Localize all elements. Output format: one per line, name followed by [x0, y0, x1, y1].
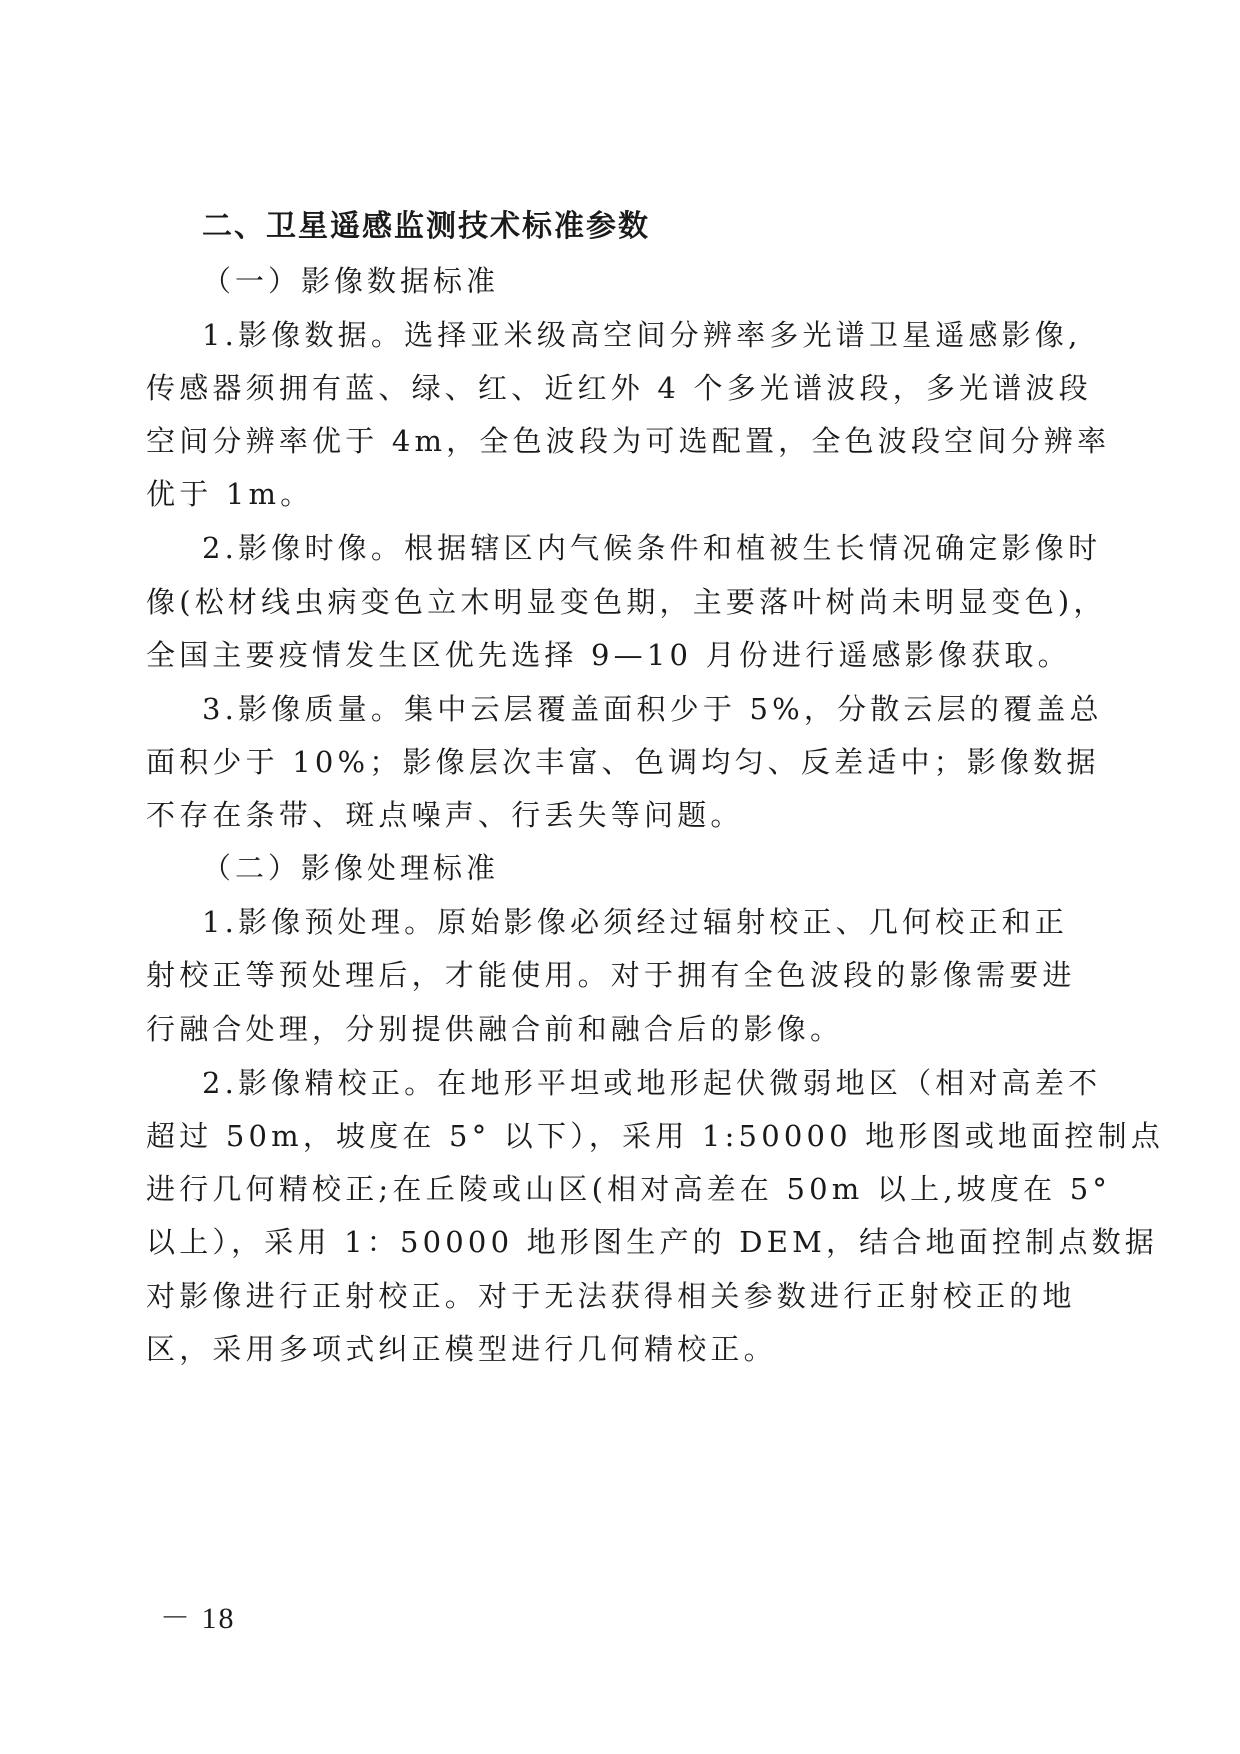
text-line: 射校正等预处理后，才能使用。对于拥有全色波段的影像需要进: [146, 955, 1076, 995]
text-line: 以上），采用 1：50000 地形图生产的 DEM，结合地面控制点数据: [146, 1222, 1158, 1262]
text-line: 超过 50m，坡度在 5° 以下），采用 1:50000 地形图或地面控制点: [146, 1116, 1164, 1156]
text-line: 不存在条带、斑点噪声、行丢失等问题。: [146, 795, 744, 835]
text-line: 优于 1m。: [146, 474, 313, 514]
text-line: 2.影像精校正。在地形平坦或地形起伏微弱地区（相对高差不: [202, 1063, 1101, 1103]
section-title: 二、卫星遥感监测技术标准参数: [202, 207, 650, 247]
text-line: 3.影像质量。集中云层覆盖面积少于 5%，分散云层的覆盖总: [202, 689, 1103, 729]
document-page: 二、卫星遥感监测技术标准参数 （一）影像数据标准 1.影像数据。选择亚米级高空间…: [0, 0, 1240, 1754]
text-line: 对影像进行正射校正。对于无法获得相关参数进行正射校正的地: [146, 1276, 1076, 1316]
text-line: 进行几何精校正;在丘陵或山区(相对高差在 50m 以上,坡度在 5°: [146, 1169, 1111, 1209]
subsection-heading: （一）影像数据标准: [202, 261, 499, 301]
text-line: 1.影像数据。选择亚米级高空间分辨率多光谱卫星遥感影像,: [202, 315, 1082, 355]
text-line: 空间分辨率优于 4m，全色波段为可选配置，全色波段空间分辨率: [146, 421, 1110, 461]
text-line: 2.影像时像。根据辖区内气候条件和植被生长情况确定影像时: [202, 528, 1101, 568]
page-number: － 18: [160, 1593, 236, 1637]
subsection-heading: （二）影像处理标准: [202, 848, 499, 888]
text-line: 行融合处理，分别提供融合前和融合后的影像。: [146, 1009, 843, 1049]
text-line: 面积少于 10%；影像层次丰富、色调均匀、反差适中；影像数据: [146, 742, 1100, 782]
text-line: 全国主要疫情发生区优先选择 9—10 月份进行遥感影像获取。: [146, 635, 1071, 675]
text-line: 像(松材线虫病变色立木明显变色期，主要落叶树尚未明显变色)，: [146, 582, 1107, 622]
text-line: 1.影像预处理。原始影像必须经过辐射校正、几何校正和正: [202, 902, 1068, 942]
text-line: 传感器须拥有蓝、绿、红、近红外 4 个多光谱波段，多光谱波段: [146, 368, 1092, 408]
text-line: 区，采用多项式纠正模型进行几何精校正。: [146, 1329, 777, 1369]
